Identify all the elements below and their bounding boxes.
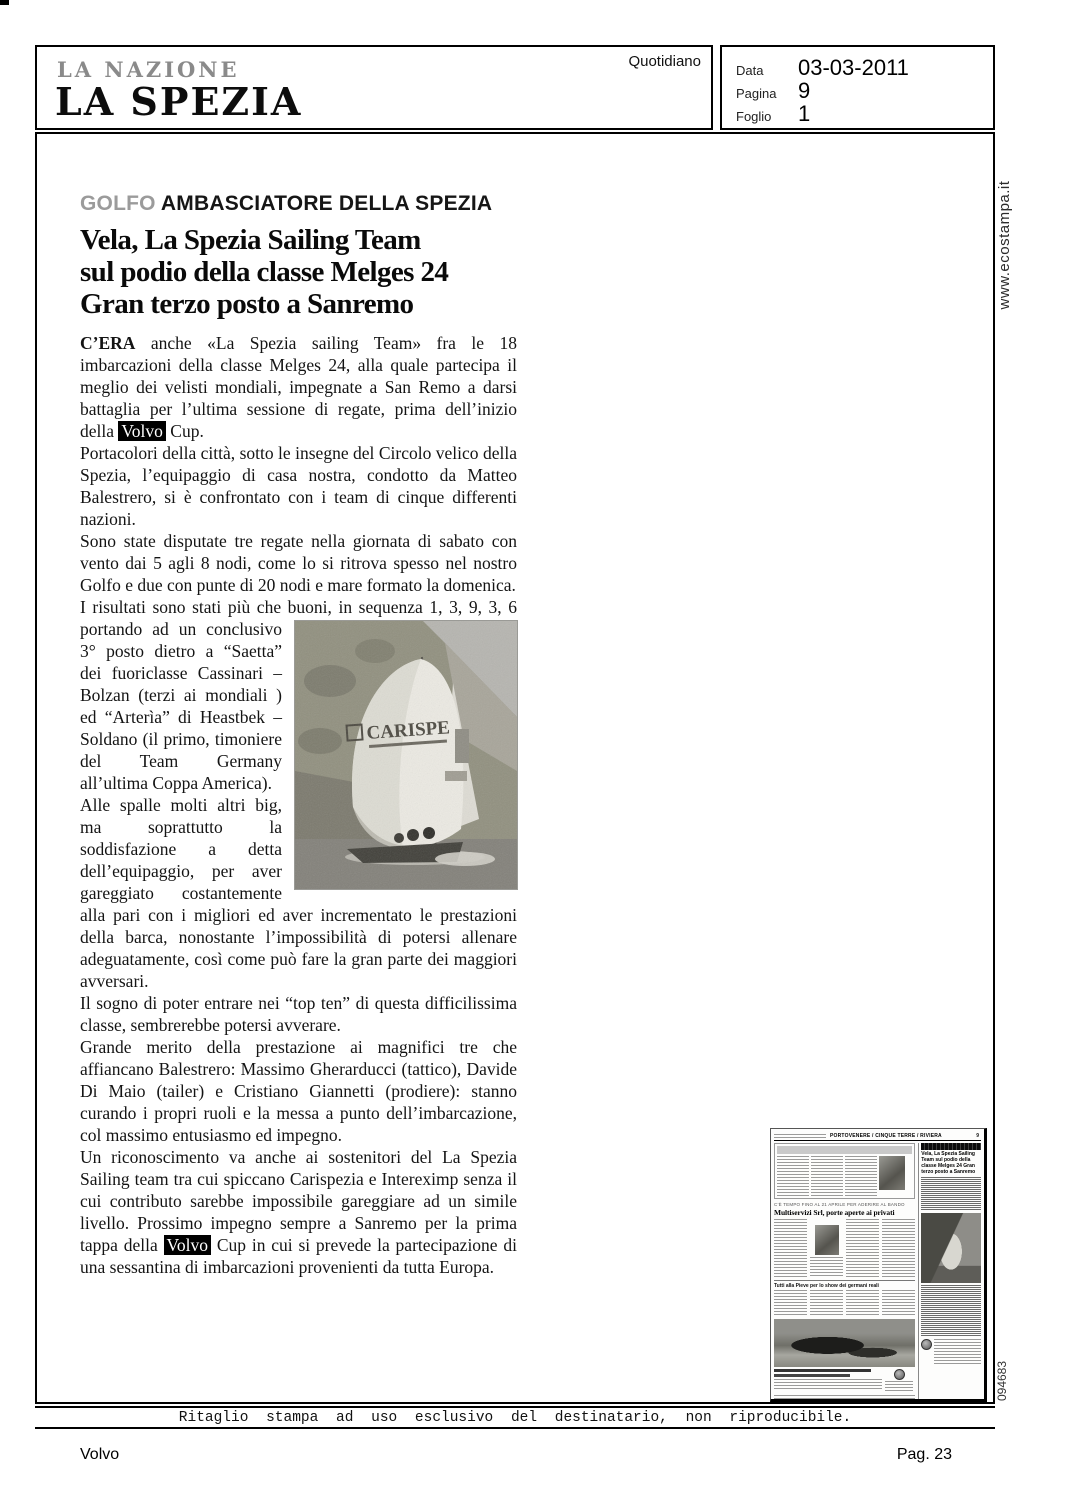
clip-code: 094683 [995, 1331, 1011, 1431]
article-kicker: GOLFO AMBASCIATORE DELLA SPEZIA [80, 192, 517, 216]
thumbnail-footer-block [921, 1339, 981, 1365]
thumbnail-kicker: C’È TEMPO FINO AL 21 APRILE PER ADERIRE … [774, 1202, 915, 1207]
article-headline: Vela, La Spezia Sailing Team sul podio d… [80, 224, 517, 320]
date-value: 03-03-2011 [798, 55, 909, 81]
sheet-label: Foglio [736, 109, 798, 124]
thumbnail-bottom-text [774, 1395, 915, 1402]
thumbnail-page-header: PORTOVENERE / CINQUE TERRE / RIVIERA 9 [774, 1132, 981, 1141]
thumbnail-dateline [774, 1134, 826, 1138]
thumbnail-body: C’È TEMPO FINO AL 21 APRILE PER ADERIRE … [774, 1143, 981, 1402]
ecostampa-watermark: www.ecostampa.it [996, 135, 1014, 355]
thumbnail-highlight-header [921, 1143, 981, 1150]
thumbnail-dealer-address [885, 1381, 913, 1393]
thumbnail-second-headline: Tutti alla Pieve per lo show dei germani… [774, 1283, 915, 1289]
article-paragraph: C’ERA anche «La Spezia sailing Team» fra… [80, 332, 517, 442]
thumbnail-highlight-column: Vela, La Spezia Sailing Team sul podio d… [918, 1143, 981, 1402]
kicker-highlight: GOLFO [80, 192, 156, 215]
thumbnail-text-col [774, 1219, 807, 1277]
article-paragraph: Portacolori della città, sotto le insegn… [80, 442, 517, 530]
article-paragraph: I risultati sono stati più che buoni, in… [80, 596, 517, 794]
thumbnail-article-columns [774, 1219, 915, 1277]
thumbnail-highlight-text [921, 1177, 981, 1211]
thumbnail-text-col [777, 1156, 809, 1196]
footer-subject: Volvo [80, 1446, 119, 1464]
thumbnail-highlight-title: Vela, La Spezia Sailing Team sul podio d… [921, 1151, 981, 1175]
meta-row-sheet: Foglio 1 [736, 101, 993, 124]
article-paragraph: Il sogno di poter entrare nei “top ten” … [80, 992, 517, 1036]
thumbnail-text-col [882, 1219, 915, 1277]
dealer-logo-icon [894, 1369, 905, 1380]
meta-row-date: Data 03-03-2011 [736, 55, 993, 78]
thumbnail-sail-photo [921, 1213, 981, 1283]
thumbnail-boxed-headline [777, 1146, 912, 1154]
sheet-value: 1 [798, 101, 810, 127]
clipping-frame: GOLFO AMBASCIATORE DELLA SPEZIA Vela, La… [35, 132, 995, 1404]
thumbnail-second-columns [774, 1290, 915, 1316]
article-body: C’ERA anche «La Spezia sailing Team» fra… [80, 332, 517, 1278]
article: GOLFO AMBASCIATORE DELLA SPEZIA Vela, La… [80, 192, 517, 1278]
thumbnail-text-col [810, 1219, 843, 1277]
press-clipping-page: Quotidiano LA NAZIONE LA SPEZIA Data 03-… [0, 0, 1070, 1500]
disclaimer-text: Ritaglio stampa ad uso esclusivo del des… [179, 1410, 851, 1426]
article-paragraph: Sono state disputate tre regate nella gi… [80, 530, 517, 596]
page-label: Pagina [736, 86, 798, 101]
meta-row-page: Pagina 9 [736, 78, 993, 101]
thumbnail-text-col [882, 1290, 915, 1316]
agency-logo-icon [921, 1339, 932, 1350]
thumbnail-text-col [846, 1219, 879, 1277]
thumbnail-footer-lines [934, 1339, 981, 1365]
thumbnail-section-header: PORTOVENERE / CINQUE TERRE / RIVIERA [830, 1133, 942, 1139]
thumbnail-ad-line [774, 1369, 871, 1372]
thumbnail-car-ad-photo [774, 1319, 915, 1367]
thumbnail-main-column: C’È TEMPO FINO AL 21 APRILE PER ADERIRE … [774, 1143, 915, 1402]
thumbnail-boxed-article [774, 1143, 915, 1199]
article-paragraph: Un riconoscimento va anche ai sostenitor… [80, 1146, 517, 1278]
clipping-meta-box: Data 03-03-2011 Pagina 9 Foglio 1 [720, 45, 995, 130]
thumbnail-text-block [810, 1257, 843, 1277]
article-photo: CARISPE [295, 621, 517, 889]
thumbnail-ad-text [774, 1369, 915, 1393]
thumbnail-text-col [774, 1290, 807, 1316]
periodicity-label: Quotidiano [628, 53, 701, 70]
thumbnail-portrait-photo [879, 1156, 905, 1190]
thumbnail-ad-fineprint [774, 1379, 882, 1389]
masthead-box: Quotidiano LA NAZIONE LA SPEZIA [35, 45, 713, 130]
thumbnail-text-col [846, 1290, 879, 1316]
thumbnail-headline: Multiservizi Srl, porte aperte ai privat… [774, 1208, 915, 1217]
headline-line-1: Vela, La Spezia Sailing Team [80, 224, 517, 256]
date-label: Data [736, 63, 798, 78]
headline-line-3: Gran terzo posto a Sanremo [80, 288, 517, 320]
scan-corner-artifact [0, 0, 9, 5]
edition-name: LA SPEZIA [55, 79, 302, 124]
thumbnail-text-col [845, 1156, 877, 1196]
sailboat-photo-illustration: CARISPE [295, 621, 517, 889]
thumbnail-portrait-photo [815, 1225, 839, 1255]
thumbnail-text-col [811, 1156, 843, 1196]
thumbnail-page-number: 9 [976, 1133, 981, 1139]
reproduction-disclaimer: Ritaglio stampa ad uso esclusivo del des… [35, 1406, 995, 1429]
thumbnail-text-col [810, 1290, 843, 1316]
footer-page-ref: Pag. 23 [897, 1446, 952, 1464]
kicker-rest: AMBASCIATORE DELLA SPEZIA [156, 192, 493, 215]
source-page-thumbnail: PORTOVENERE / CINQUE TERRE / RIVIERA 9 [770, 1128, 987, 1402]
thumbnail-rule [774, 1280, 915, 1281]
thumbnail-highlight-text [921, 1285, 981, 1337]
article-paragraph: Grande merito della prestazione ai magni… [80, 1036, 517, 1146]
headline-line-2: sul podio della classe Melges 24 [80, 256, 517, 288]
thumbnail-ad-line [774, 1374, 850, 1377]
